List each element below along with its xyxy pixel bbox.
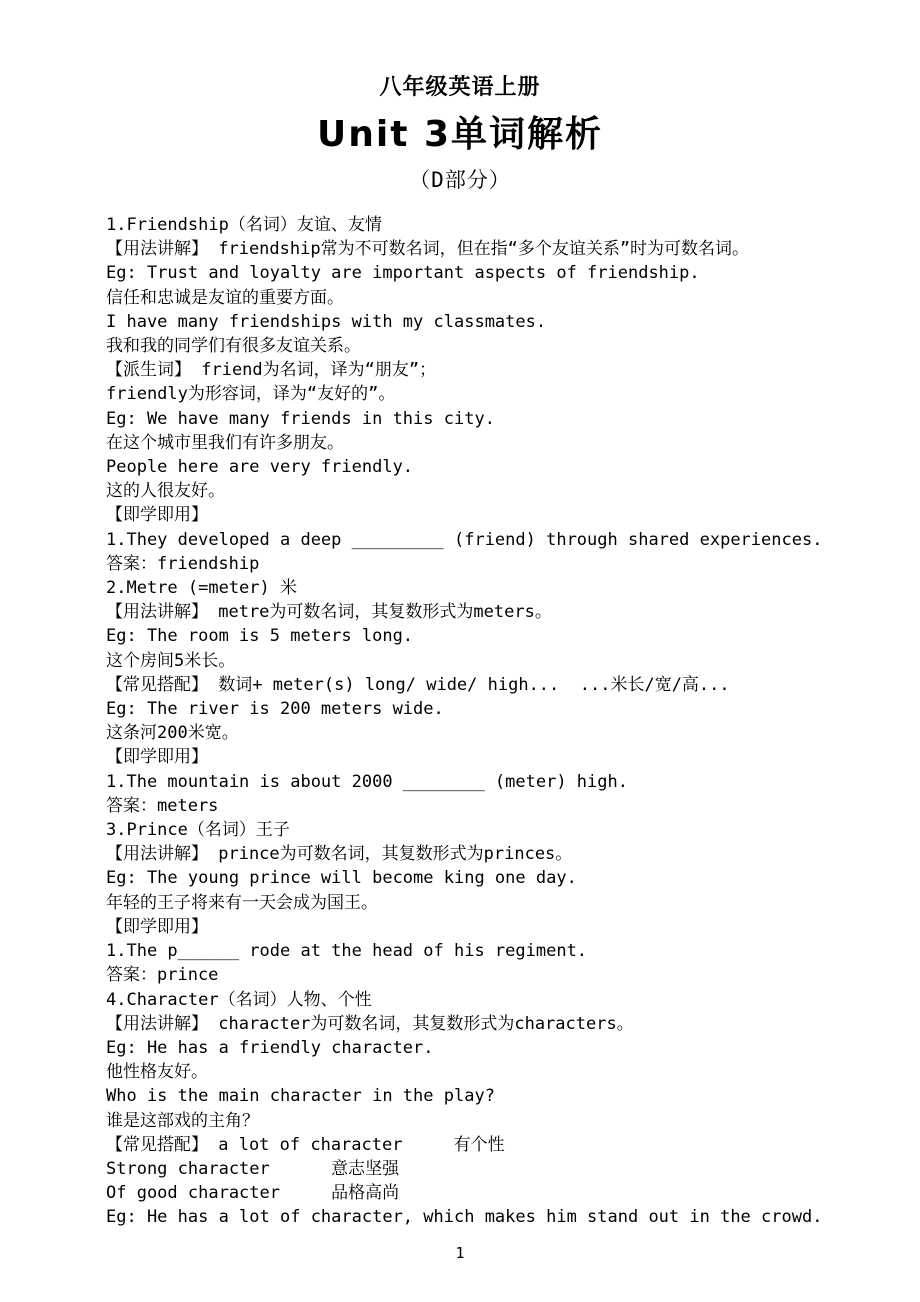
page-title: Unit 3单词解析: [0, 110, 920, 160]
text-line: Eg: The river is 200 meters wide.: [106, 697, 872, 721]
text-line: 这个房间5米长。: [106, 649, 872, 673]
text-line: Eg: The young prince will become king on…: [106, 866, 872, 890]
text-line: Eg: He has a lot of character, which mak…: [106, 1205, 872, 1229]
text-line: 答案：friendship: [106, 552, 872, 576]
text-line: 答案：prince: [106, 963, 872, 987]
text-line: 1.The mountain is about 2000 ________ (m…: [106, 770, 872, 794]
text-line: 1.Friendship（名词）友谊、友情: [106, 213, 872, 237]
text-line: 【派生词】 friend为名词，译为“朋友”；: [106, 358, 872, 382]
text-line: 信任和忠诚是友谊的重要方面。: [106, 286, 872, 310]
text-line: 【常见搭配】 a lot of character 有个性: [106, 1133, 872, 1157]
text-line: 这条河200米宽。: [106, 721, 872, 745]
grade-subtitle: 八年级英语上册: [0, 74, 920, 102]
text-line: 年轻的王子将来有一天会成为国王。: [106, 891, 872, 915]
text-line: 这的人很友好。: [106, 479, 872, 503]
text-line: 【用法讲解】 prince为可数名词，其复数形式为princes。: [106, 842, 872, 866]
text-line: Eg: Trust and loyalty are important aspe…: [106, 261, 872, 285]
part-subtitle: （D部分）: [0, 166, 920, 194]
text-line: Eg: He has a friendly character.: [106, 1036, 872, 1060]
text-line: 他性格友好。: [106, 1060, 872, 1084]
text-line: I have many friendships with my classmat…: [106, 310, 872, 334]
text-line: 我和我的同学们有很多友谊关系。: [106, 334, 872, 358]
text-line: 4.Character（名词）人物、个性: [106, 988, 872, 1012]
text-line: 3.Prince（名词）王子: [106, 818, 872, 842]
text-line: Who is the main character in the play?: [106, 1084, 872, 1108]
text-line: 【用法讲解】 character为可数名词，其复数形式为characters。: [106, 1012, 872, 1036]
text-line: People here are very friendly.: [106, 455, 872, 479]
page-number: 1: [455, 1244, 464, 1262]
text-line: Eg: The room is 5 meters long.: [106, 624, 872, 648]
text-line: 【即学即用】: [106, 745, 872, 769]
text-line: Of good character 品格高尚: [106, 1181, 872, 1205]
text-line: 1.They developed a deep _________ (frien…: [106, 528, 872, 552]
text-line: 【即学即用】: [106, 915, 872, 939]
document-header: 八年级英语上册 Unit 3单词解析 （D部分）: [0, 0, 920, 194]
text-line: 在这个城市里我们有许多朋友。: [106, 431, 872, 455]
document-body: 1.Friendship（名词）友谊、友情【用法讲解】 friendship常为…: [106, 213, 872, 1230]
text-line: Eg: We have many friends in this city.: [106, 407, 872, 431]
page-footer: 1: [0, 1243, 920, 1263]
text-line: 1.The p______ rode at the head of his re…: [106, 939, 872, 963]
text-line: 【即学即用】: [106, 503, 872, 527]
text-line: Strong character 意志坚强: [106, 1157, 872, 1181]
text-line: 【用法讲解】 friendship常为不可数名词，但在指“多个友谊关系”时为可数…: [106, 237, 872, 261]
text-line: 【常见搭配】 数词+ meter(s) long/ wide/ high... …: [106, 673, 872, 697]
text-line: 2.Metre (=meter) 米: [106, 576, 872, 600]
text-line: friendly为形容词，译为“友好的”。: [106, 382, 872, 406]
text-line: 【用法讲解】 metre为可数名词，其复数形式为meters。: [106, 600, 872, 624]
text-line: 答案：meters: [106, 794, 872, 818]
document-page: 八年级英语上册 Unit 3单词解析 （D部分） 1.Friendship（名词…: [0, 0, 920, 1302]
text-line: 谁是这部戏的主角？: [106, 1109, 872, 1133]
